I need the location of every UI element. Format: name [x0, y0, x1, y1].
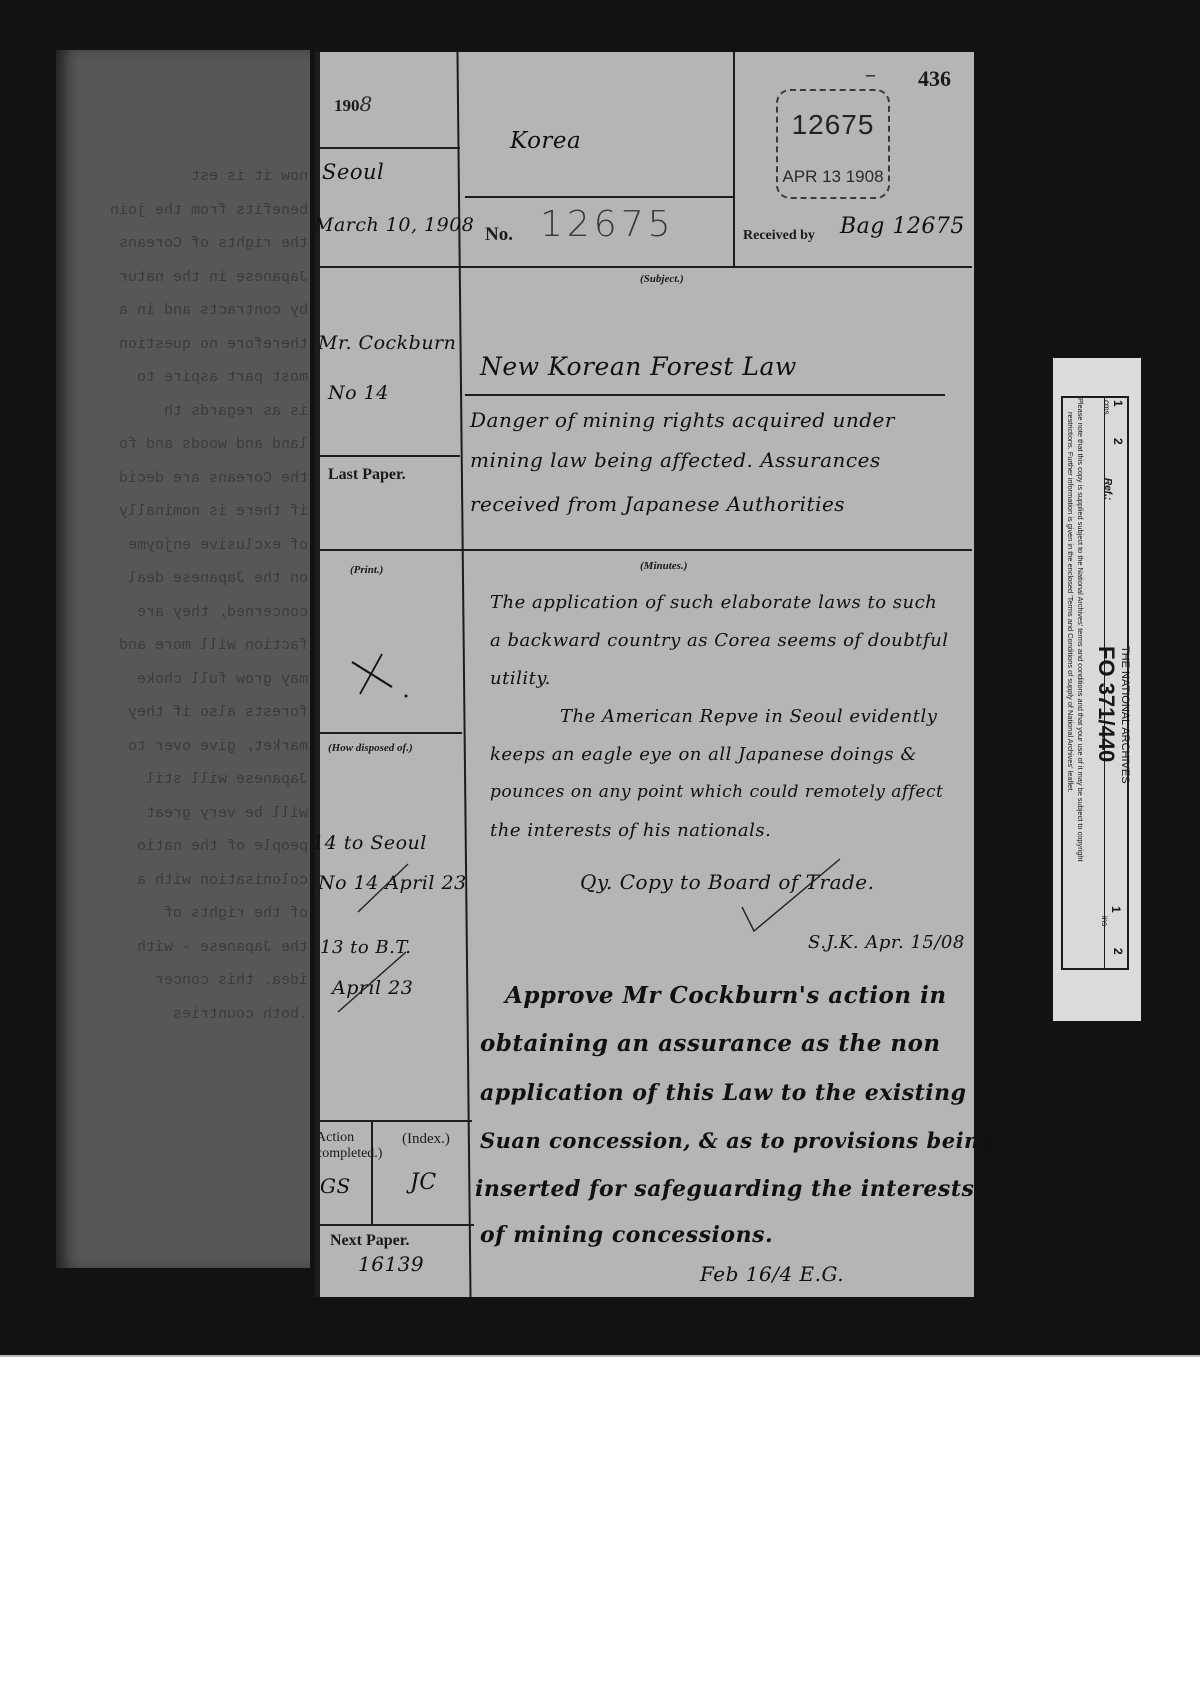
minute-line: the interests of his nationals. — [490, 820, 771, 841]
label-frame: 1 2 cms Ref.: THE NATIONAL ARCHIVES FO 3… — [1061, 396, 1129, 970]
rule — [320, 1224, 474, 1226]
from-name: Mr. Cockburn — [318, 332, 456, 354]
bleed-through-text: now it is est benefits from the join the… — [78, 160, 308, 1031]
copyright-notice: restrictions. Further information is giv… — [1066, 412, 1075, 792]
minute-line: application of this Law to the existing — [480, 1080, 966, 1106]
received-by-value: Bag 12675 — [840, 214, 965, 239]
subject-underline — [465, 394, 945, 396]
year-label: 1908 — [334, 92, 373, 116]
minute-line: Approve Mr Cockburn's action in — [505, 982, 947, 1009]
bleed-line: therefore no question — [78, 328, 308, 362]
last-paper-label: Last Paper. — [328, 466, 406, 484]
ruler-cm-2: 2 — [1111, 438, 1125, 445]
bleed-line: by contracts and in a — [78, 294, 308, 328]
bleed-line: will be very great — [78, 797, 308, 831]
header-divider — [733, 52, 735, 267]
minute-line: a backward country as Corea seems of dou… — [490, 630, 949, 651]
date: March 10, 1908 — [314, 214, 474, 236]
minutes-label: (Minutes.) — [640, 560, 687, 572]
ruler-cm-1: 1 — [1111, 400, 1125, 407]
bleed-line: is as regards th — [78, 395, 308, 429]
rule — [320, 147, 460, 149]
from-number: No 14 — [328, 382, 389, 404]
disposed-entry: 14 to Seoul — [312, 832, 427, 854]
bleed-line: Japanese in the natur — [78, 261, 308, 295]
bleed-line: of exclusive enjoyme — [78, 529, 308, 563]
archive-reference: FO 371/440 — [1093, 646, 1119, 762]
subject-line: Danger of mining rights acquired under — [470, 408, 895, 432]
subject-title: New Korean Forest Law — [480, 352, 797, 381]
ins-label: ins — [1100, 916, 1109, 926]
subject-label: (Subject.) — [640, 273, 684, 285]
bleed-line: the rights of Coreans — [78, 227, 308, 261]
bleed-line: may grow full choke — [78, 663, 308, 697]
next-paper-number: 16139 — [358, 1252, 424, 1276]
cms-label: cms — [1102, 400, 1111, 415]
strike-through-marks — [328, 862, 418, 1022]
checkmark-icon — [740, 857, 850, 937]
minute-line: of mining concessions. — [480, 1222, 773, 1248]
minute-signature: S.J.K. Apr. 15/08 — [808, 932, 965, 953]
docket-page: 1908 Seoul March 10, 1908 Korea No. 1267… — [315, 52, 974, 1297]
folio-dash: – — [866, 64, 875, 85]
bleed-line: both countries. — [78, 998, 308, 1032]
rule — [320, 732, 462, 734]
rule — [320, 455, 460, 457]
minute-signature: Feb 16/4 E.G. — [700, 1262, 844, 1286]
label-content: 1 2 cms Ref.: THE NATIONAL ARCHIVES FO 3… — [1061, 396, 1129, 970]
scan-edge — [0, 1355, 1200, 1357]
no-label: No. — [485, 224, 513, 246]
rule — [320, 266, 972, 268]
minute-line: The application of such elaborate laws t… — [490, 592, 937, 613]
bleed-line: the Japanese - with — [78, 931, 308, 965]
bleed-line: now it is est — [78, 160, 308, 194]
bleed-line: on the Japanese deal — [78, 562, 308, 596]
minute-line: Suan concession, & as to provisions bein… — [480, 1128, 995, 1153]
docket-number: 12675 — [540, 204, 675, 245]
subject-line: received from Japanese Authorities — [470, 492, 845, 516]
bleed-line: concerned, they are — [78, 596, 308, 630]
stamp-date: APR 13 1908 — [778, 167, 888, 187]
action-label: completed.) — [316, 1146, 382, 1162]
disposed-label: (How disposed of.) — [328, 742, 413, 754]
minute-line: inserted for safeguarding the interests — [475, 1176, 974, 1202]
minute-line: utility. — [490, 668, 551, 689]
bleed-line: Japanese will stil — [78, 763, 308, 797]
folio-number: 436 — [918, 66, 951, 92]
ruler-in-2: 2 — [1111, 948, 1125, 955]
place: Seoul — [322, 160, 384, 184]
minute-line: pounces on any point which could remotel… — [490, 782, 943, 802]
bleed-line: forests also if they — [78, 696, 308, 730]
bleed-line: of the rights of — [78, 897, 308, 931]
received-stamp: 12675 APR 13 1908 — [776, 89, 890, 199]
bleed-line: colonisation with a — [78, 864, 308, 898]
rule — [320, 1120, 472, 1122]
bleed-line: if there is nominally — [78, 495, 308, 529]
bleed-line: idea. this concer — [78, 964, 308, 998]
bleed-line: most part aspire to — [78, 361, 308, 395]
bleed-line: land and woods and fo — [78, 428, 308, 462]
bleed-line: people of the natio — [78, 830, 308, 864]
archive-reference-label: 1 2 cms Ref.: THE NATIONAL ARCHIVES FO 3… — [1053, 358, 1141, 1021]
left-column-divider — [456, 52, 471, 1297]
subject-line: mining law being affected. Assurances — [470, 448, 881, 472]
rule — [320, 549, 972, 551]
copyright-notice: Please note that this copy is supplied s… — [1076, 398, 1085, 862]
ruler-in-1: 1 — [1109, 906, 1123, 913]
left-facing-page: now it is est benefits from the join the… — [56, 50, 310, 1268]
bleed-line: market, give over to — [78, 730, 308, 764]
minute-line: obtaining an assurance as the non — [480, 1030, 941, 1057]
minute-line: The American Repve in Seoul evidently — [560, 706, 937, 727]
action-label: Action — [316, 1130, 354, 1146]
country: Korea — [510, 128, 581, 154]
received-by-label: Received by — [743, 228, 815, 244]
next-paper-label: Next Paper. — [330, 1232, 409, 1250]
action-initials: GS — [320, 1174, 351, 1198]
index-mark: JC — [410, 1170, 437, 1195]
minute-line: keeps an eagle eye on all Japanese doing… — [490, 744, 917, 765]
index-label: (Index.) — [402, 1131, 450, 1148]
bleed-line: benefits from the join — [78, 194, 308, 228]
institution-name: THE NATIONAL ARCHIVES — [1119, 646, 1131, 784]
ref-label: Ref.: — [1102, 478, 1113, 500]
print-label: (Print.) — [350, 564, 383, 576]
index-divider — [371, 1121, 373, 1225]
print-cross-mark — [350, 652, 410, 702]
rule — [465, 196, 733, 198]
bleed-line: faction will more and — [78, 629, 308, 663]
stamp-number: 12675 — [778, 109, 888, 141]
year-hand: 8 — [360, 92, 373, 116]
bleed-line: the Coreans are decid — [78, 462, 308, 496]
